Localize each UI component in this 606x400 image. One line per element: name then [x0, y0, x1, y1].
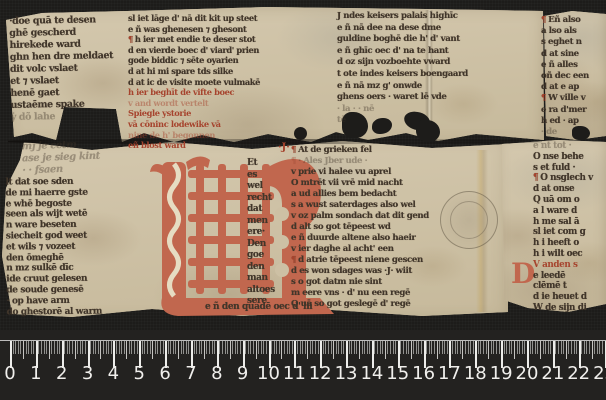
- ruler-tick: [85, 341, 86, 354]
- ruler-tick: [437, 341, 438, 359]
- ruler-tick: [214, 341, 215, 354]
- ruler-tick: [160, 341, 161, 354]
- ruler-tick: [240, 341, 241, 354]
- manuscript-text-line: wel: [247, 181, 275, 193]
- ruler-tick: [540, 341, 541, 359]
- manuscript-text-line: s o got datm nie sint: [291, 277, 429, 288]
- ruler-tick: [509, 341, 510, 354]
- ruler-tick: [550, 341, 551, 354]
- ruler-tick: [571, 341, 572, 354]
- manuscript-text-line: e ñ was ghenesen ⁊ ghesont: [128, 24, 260, 35]
- ruler-tick: [178, 341, 179, 359]
- manuscript-text-line: ere·: [247, 227, 275, 239]
- text-column-beside-initial: Eteswelrechtdatmenere·Dengoedenmanaltoes…: [247, 158, 275, 308]
- ruler-tick: [307, 341, 308, 359]
- photo-of-manuscript: { "palette":{ "bg":"#1d1c1a", "parchment…: [0, 0, 606, 400]
- ruler-tick: [150, 341, 151, 354]
- ruler-tick: [504, 341, 505, 354]
- ruler-tick: [362, 341, 363, 354]
- ruler-tick: [576, 341, 577, 354]
- manuscript-text-line: W de sijn di: [533, 303, 593, 314]
- manuscript-text-line: e ñ alles: [541, 60, 589, 71]
- manuscript-text-line: v ier daghe al acht' een: [291, 244, 429, 255]
- ruler-number: 10: [257, 363, 280, 384]
- manuscript-text-line: d ie heuet d: [533, 292, 593, 303]
- ruler-tick: [199, 341, 200, 354]
- quire-mark: ·J·: [278, 142, 290, 153]
- ruler-tick: [287, 341, 288, 354]
- ruler-tick: [418, 341, 419, 354]
- manuscript-text-line: · de: [541, 127, 589, 138]
- ruler-tick: [473, 341, 474, 354]
- manuscript-text-line: e nt tot ·: [533, 141, 593, 152]
- ruler-number: 2: [56, 363, 67, 384]
- ruler-tick: [147, 341, 148, 354]
- ruler-tick: [173, 341, 174, 354]
- ruler-tick: [380, 341, 381, 354]
- ruler-tick: [175, 341, 176, 354]
- ruler-tick: [284, 341, 285, 354]
- ruler-tick: [488, 341, 489, 359]
- ruler-tick: [382, 341, 383, 354]
- ruler-tick: [121, 341, 122, 354]
- ruler-tick: [129, 341, 130, 354]
- manuscript-text-line: d es won sdages was ·J· wiit: [291, 266, 429, 277]
- ruler-number: 22: [567, 363, 590, 384]
- manuscript-text-line: es: [247, 170, 275, 182]
- manuscript-text-line: men: [247, 216, 275, 228]
- manuscript-text-line: t ote indes keisers boengaard: [337, 69, 468, 81]
- manuscript-text-line: a ud allies bem bedacht: [291, 189, 429, 200]
- ruler-tick: [41, 341, 42, 354]
- manuscript-text-line: v oz palm sondach dat dit gend: [291, 211, 429, 222]
- ruler-tick: [188, 341, 189, 354]
- ruler-tick: [491, 341, 492, 354]
- manuscript-text-line: O mtrēt vii vrē mid nacht: [291, 178, 429, 189]
- ruler-tick: [230, 341, 231, 359]
- ruler-tick: [594, 341, 595, 354]
- ruler-tick: [206, 341, 207, 354]
- ruler-tick: [457, 341, 458, 354]
- ruler-tick: [328, 341, 329, 354]
- ruler-tick: [406, 341, 407, 354]
- manuscript-text-line: · la · · nē: [337, 104, 468, 116]
- manuscript-text-line: man: [247, 273, 275, 285]
- ruler-tick: [367, 341, 368, 354]
- ruler-tick: [157, 341, 158, 354]
- manuscript-text-line: clēmē t: [533, 281, 593, 292]
- ruler-tick: [98, 341, 99, 354]
- ruler-tick: [18, 341, 19, 354]
- manuscript-text-line: V anden s: [533, 260, 593, 271]
- ruler-number: 4: [108, 363, 119, 384]
- ruler-tick: [201, 341, 202, 354]
- manuscript-text-line: Spiegle ystorie: [128, 108, 260, 119]
- ruler-tick: [170, 341, 171, 354]
- ruler-tick: [253, 341, 254, 354]
- manuscript-text-line: lt dat soe sden: [5, 177, 101, 189]
- ruler-tick: [67, 341, 68, 354]
- ruler-tick: [250, 341, 251, 354]
- ruler-tick: [555, 341, 556, 354]
- ruler-tick: [276, 341, 277, 354]
- manuscript-text-line: e ñ nā dee na dese dme: [337, 23, 468, 35]
- ruler-tick: [561, 341, 562, 354]
- ruler-tick: [400, 341, 401, 354]
- ruler-tick: [411, 341, 412, 359]
- ruler-tick: [356, 341, 357, 354]
- ruler-tick: [152, 341, 153, 359]
- manuscript-text-line: ghn hen dre meldaet: [10, 50, 113, 64]
- ruler-tick: [514, 341, 515, 359]
- text-column-bottom-left: lt dat soe sdende mi haerre gstee whē be…: [5, 177, 102, 318]
- ruler-tick: [289, 341, 290, 354]
- ruler-number: 11: [283, 363, 306, 384]
- ruler-tick: [431, 341, 432, 354]
- ruler-tick: [274, 341, 275, 354]
- ruler-tick: [416, 341, 417, 354]
- manuscript-text-line: ¶· Ales Jber ude ·: [291, 156, 429, 167]
- ruler-tick: [343, 341, 344, 354]
- ruler-tick: [377, 341, 378, 354]
- ruler-tick: [106, 341, 107, 354]
- ruler-number: 18: [464, 363, 487, 384]
- ruler-tick: [462, 341, 463, 359]
- ruler-tick: [137, 341, 138, 354]
- ruler-tick: [196, 341, 197, 354]
- ruler-tick: [13, 341, 14, 354]
- ruler-tick: [302, 341, 303, 354]
- text-column-top-right: J ndes keisers palais highīce ñ nā dee n…: [337, 11, 468, 127]
- ruler-tick: [393, 341, 394, 354]
- ruler-tick: [429, 341, 430, 354]
- ruler-tick: [403, 341, 404, 354]
- ruler-tick: [369, 341, 370, 354]
- ruler-tick: [144, 341, 145, 354]
- ruler-tick: [331, 341, 332, 354]
- text-column-top-left: ·doe quā te desenghē gescherdhirekede wa…: [9, 14, 114, 124]
- ruler-tick: [568, 341, 569, 354]
- ruler-tick: [421, 341, 422, 354]
- ruler-tick: [566, 341, 567, 359]
- manuscript-text-line: e ñ ghīc oec d' na te hant: [337, 46, 468, 58]
- ruler-tick: [586, 341, 587, 354]
- ruler-tick: [530, 341, 531, 354]
- ruler-tick: [209, 341, 210, 354]
- ruler-number: 13: [335, 363, 358, 384]
- ruler-tick: [522, 341, 523, 354]
- manuscript-text-line: goe: [247, 250, 275, 262]
- ruler-tick: [51, 341, 52, 354]
- ruler-tick: [248, 341, 249, 354]
- manuscript-text-line: s et fuld ·: [533, 163, 593, 174]
- manuscript-text-line: h i wilt oec: [533, 249, 593, 260]
- ruler-tick: [519, 341, 520, 354]
- ruler-number: 16: [412, 363, 435, 384]
- ruler-tick: [602, 341, 603, 354]
- ruler-number: 8: [211, 363, 222, 384]
- ruler-tick: [263, 341, 264, 354]
- ruler-tick: [20, 341, 21, 354]
- decorated-initial-d: D: [511, 260, 535, 288]
- ruler-tick: [323, 341, 324, 354]
- ruler-tick: [54, 341, 55, 354]
- manuscript-text-line: altoes: [247, 285, 275, 297]
- ruler-tick: [499, 341, 500, 354]
- ruler-tick: [483, 341, 484, 354]
- ruler-tick: [584, 341, 585, 354]
- manuscript-text-line: e ñ duurde altene also haeir: [291, 233, 429, 244]
- ruler-tick: [103, 341, 104, 354]
- ruler-tick: [93, 341, 94, 354]
- ruler-tick: [310, 341, 311, 354]
- text-column-top-middle: sl iet lāge d' nā dit kit up steete ñ wa…: [128, 13, 260, 151]
- ruler-number: 20: [516, 363, 539, 384]
- ruler-tick: [131, 341, 132, 354]
- manuscript-text-line: h ed · ap: [541, 116, 589, 127]
- ruler-tick: [15, 341, 16, 354]
- ruler-tick: [413, 341, 414, 354]
- manuscript-text-line: ¶At de grieken fel: [291, 145, 429, 156]
- manuscript-text-line: nine de h' begonnen: [128, 130, 260, 141]
- manuscript-text-line: recht: [247, 193, 275, 205]
- manuscript-text-line: ide cruut gelesen: [6, 274, 102, 286]
- ruler-tick: [374, 341, 375, 354]
- ruler-tick: [194, 341, 195, 354]
- manuscript-text-line: vā cōninc lodewike vā: [128, 119, 260, 130]
- ruler-tick: [537, 341, 538, 354]
- ruler-tick: [227, 341, 228, 354]
- ruler-tick: [258, 341, 259, 354]
- ruler-tick: [470, 341, 471, 354]
- ruler-tick: [80, 341, 81, 354]
- text-column-top-edge-fragment: ¶Eñ alsoa lso alss eghet nd at sinee ñ a…: [541, 15, 589, 138]
- manuscript-text-line: oñ dec een: [541, 71, 589, 82]
- ruler-tick: [305, 341, 306, 354]
- ruler-tick: [468, 341, 469, 354]
- ruler-number: 0: [4, 363, 15, 384]
- ruler-tick: [318, 341, 319, 354]
- manuscript-text-line: ¶W ville v: [541, 93, 589, 104]
- ruler-tick: [511, 341, 512, 354]
- manuscript-text-line: de mi haerre gste: [5, 187, 101, 199]
- ruler-number: 23: [593, 363, 606, 384]
- manuscript-text-line: ¶O nsglech v: [533, 173, 593, 184]
- ruler-tick: [532, 341, 533, 354]
- ruler-tick: [439, 341, 440, 354]
- ruler-tick: [563, 341, 564, 354]
- ruler-tick: [261, 341, 262, 354]
- manuscript-text-line: v and wordt vertelt: [128, 98, 260, 109]
- ruler-tick: [589, 341, 590, 354]
- manuscript-text-line: ¶h ier met endie te deser stot: [128, 34, 260, 45]
- ruler-tick: [506, 341, 507, 354]
- manuscript-text-line: d alt so got tēpeest wd: [291, 222, 429, 233]
- ruler-tick: [447, 341, 448, 354]
- ruler-tick: [33, 341, 34, 354]
- manuscript-text-line: den: [247, 262, 275, 274]
- ruler-tick: [548, 341, 549, 354]
- manuscript-text-line: · op have arm: [6, 295, 102, 307]
- ruler-number: 6: [159, 363, 170, 384]
- ruler-number: 19: [490, 363, 513, 384]
- ruler-tick: [452, 341, 453, 354]
- ruler-tick: [245, 341, 246, 354]
- ruler-tick: [385, 341, 386, 359]
- ruler-tick: [46, 341, 47, 354]
- manuscript-text-line: e leedē: [533, 271, 593, 282]
- ruler-tick: [119, 341, 120, 354]
- manuscript-text-line: d oz sijn vozboehte vward: [337, 57, 468, 69]
- ruler-tick: [455, 341, 456, 354]
- manuscript-text-line: do ghestorē al warm: [7, 306, 103, 318]
- ruler-number: 5: [134, 363, 145, 384]
- ruler-tick: [297, 341, 298, 354]
- manuscript-text-line: Q uā om o: [533, 195, 593, 206]
- ruler-tick: [292, 341, 293, 354]
- ruler-tick: [168, 341, 169, 354]
- manuscript-text-line: Den: [247, 239, 275, 251]
- ruler-tick: [44, 341, 45, 354]
- text-column-bottom-edge-fragment: e nt tot ·O nse behes et fuld ·¶O nsglec…: [533, 141, 593, 314]
- ruler-tick: [237, 341, 238, 354]
- manuscript-text-line: ghens oers · waret lē vde: [337, 92, 468, 104]
- manuscript-text-line: guldine boghē die h' d' vant: [337, 34, 468, 46]
- manuscript-text-line: e ra d'mer: [541, 105, 589, 116]
- ruler-tick: [408, 341, 409, 354]
- manuscript-text-line: siecheit god weet: [6, 231, 102, 243]
- catchword-line: e ñ den quadē oec d' lii: [205, 302, 312, 312]
- manuscript-text-line: sl iet lāge d' nā dit kit up steet: [128, 13, 260, 24]
- ruler-tick: [77, 341, 78, 354]
- ruler-tick: [496, 341, 497, 354]
- ruler-tick: [186, 341, 187, 354]
- ruler-number: 7: [185, 363, 196, 384]
- ruler-tick: [434, 341, 435, 354]
- ruler-tick: [49, 341, 50, 359]
- ruler-tick: [124, 341, 125, 354]
- manuscript-text-line: d at sine: [541, 49, 589, 60]
- manuscript-text-line: ¶d atrie tēpeest niene gescen: [291, 255, 429, 266]
- ruler-tick: [204, 341, 205, 359]
- manuscript-text-line: J ndes keisers palais highīc: [337, 11, 468, 23]
- ruler-tick: [480, 341, 481, 354]
- ruler-tick: [256, 341, 257, 359]
- ruler-number: 15: [386, 363, 409, 384]
- ruler-tick: [64, 341, 65, 354]
- manuscript-text-line: Et: [247, 158, 275, 170]
- ruler-tick: [338, 341, 339, 354]
- ruler-tick: [222, 341, 223, 354]
- parchment-hole: [294, 127, 307, 140]
- ruler-tick: [134, 341, 135, 354]
- ruler-tick: [545, 341, 546, 354]
- ruler-tick: [597, 341, 598, 354]
- manuscript-text-line: n mz sulkē dīc: [6, 263, 102, 275]
- ruler-tick: [460, 341, 461, 354]
- ruler-tick: [493, 341, 494, 354]
- ruler-tick: [28, 341, 29, 354]
- ruler-number: 14: [360, 363, 383, 384]
- ruler-tick: [558, 341, 559, 354]
- ruler-tick: [181, 341, 182, 354]
- ruler-tick: [312, 341, 313, 354]
- manuscript-text-line: d en vierde boec d' viard' prien: [128, 45, 260, 56]
- ruler-tick: [581, 341, 582, 354]
- manuscript-text-line: a lso als: [541, 26, 589, 37]
- ruler-tick: [235, 341, 236, 354]
- ruler-tick: [354, 341, 355, 354]
- manuscript-text-line: h me sal ā: [533, 217, 593, 228]
- manuscript-text-line: n ware beseten: [6, 220, 102, 232]
- ruler-tick: [212, 341, 213, 354]
- ruler-tick: [387, 341, 388, 354]
- ruler-tick: [100, 341, 101, 359]
- ruler-tick: [442, 341, 443, 354]
- manuscript-text-line: seen als wijt wetē: [6, 209, 102, 221]
- manuscript-text-line: s a wust saterdages also wel: [291, 200, 429, 211]
- ruler-tick: [116, 341, 117, 354]
- ruler-tick: [315, 341, 316, 354]
- ruler-tick: [300, 341, 301, 354]
- ruler-tick: [82, 341, 83, 354]
- manuscript-text-line: a l ware d: [533, 206, 593, 217]
- manuscript-text-line: et wils ⁊ vozeet: [6, 241, 102, 253]
- ruler-tick: [26, 341, 27, 354]
- ruler-tick: [599, 341, 600, 354]
- ruler-tick: [90, 341, 91, 354]
- manuscript-text-line: eñ blost ward: [128, 140, 260, 151]
- ruler-number: 9: [237, 363, 248, 384]
- ruler-tick: [72, 341, 73, 354]
- ruler-tick: [426, 341, 427, 354]
- ruler-tick: [108, 341, 109, 354]
- manuscript-text-line: d at onse: [533, 184, 593, 195]
- ruler-tick: [163, 341, 164, 354]
- manuscript-text-line: s eghet n: [541, 37, 589, 48]
- ruler-tick: [349, 341, 350, 354]
- ruler-tick: [486, 341, 487, 354]
- ruler-tick: [333, 341, 334, 359]
- manuscript-text-line: dat: [247, 204, 275, 216]
- ruler-tick: [341, 341, 342, 354]
- ruler-tick: [279, 341, 280, 354]
- embossed-stamp: [440, 191, 498, 249]
- manuscript-text-line: ¶Eñ also: [541, 15, 589, 26]
- ruler-tick: [478, 341, 479, 354]
- manuscript-text-line: h ier beghīt de vifte boec: [128, 87, 260, 98]
- manuscript-text-line: tē: [337, 115, 468, 127]
- ruler-tick: [364, 341, 365, 354]
- ruler-tick: [111, 341, 112, 354]
- ruler-tick: [142, 341, 143, 354]
- ruler-tick: [390, 341, 391, 354]
- text-column-bottom-middle: ¶At de grieken fel¶· Ales Jber ude ·v pr…: [291, 145, 429, 310]
- ruler-number: 3: [82, 363, 93, 384]
- manuscript-text-line: h i heeft o: [533, 238, 593, 249]
- ruler-tick: [281, 341, 282, 359]
- ruler-number: 17: [438, 363, 461, 384]
- ruler-number: 1: [30, 363, 41, 384]
- measuring-ruler: 01234567891011121314151617181920212223: [0, 330, 606, 400]
- ruler-tick: [57, 341, 58, 354]
- manuscript-text-line: d at ic de visite moete vulmakē: [128, 77, 260, 88]
- ruler-tick: [325, 341, 326, 354]
- ruler-tick: [266, 341, 267, 354]
- manuscript-text-line: v prie vi halee vu aprel: [291, 167, 429, 178]
- manuscript-text-line: ẏ dõ lahe: [11, 110, 114, 124]
- ruler-tick: [517, 341, 518, 354]
